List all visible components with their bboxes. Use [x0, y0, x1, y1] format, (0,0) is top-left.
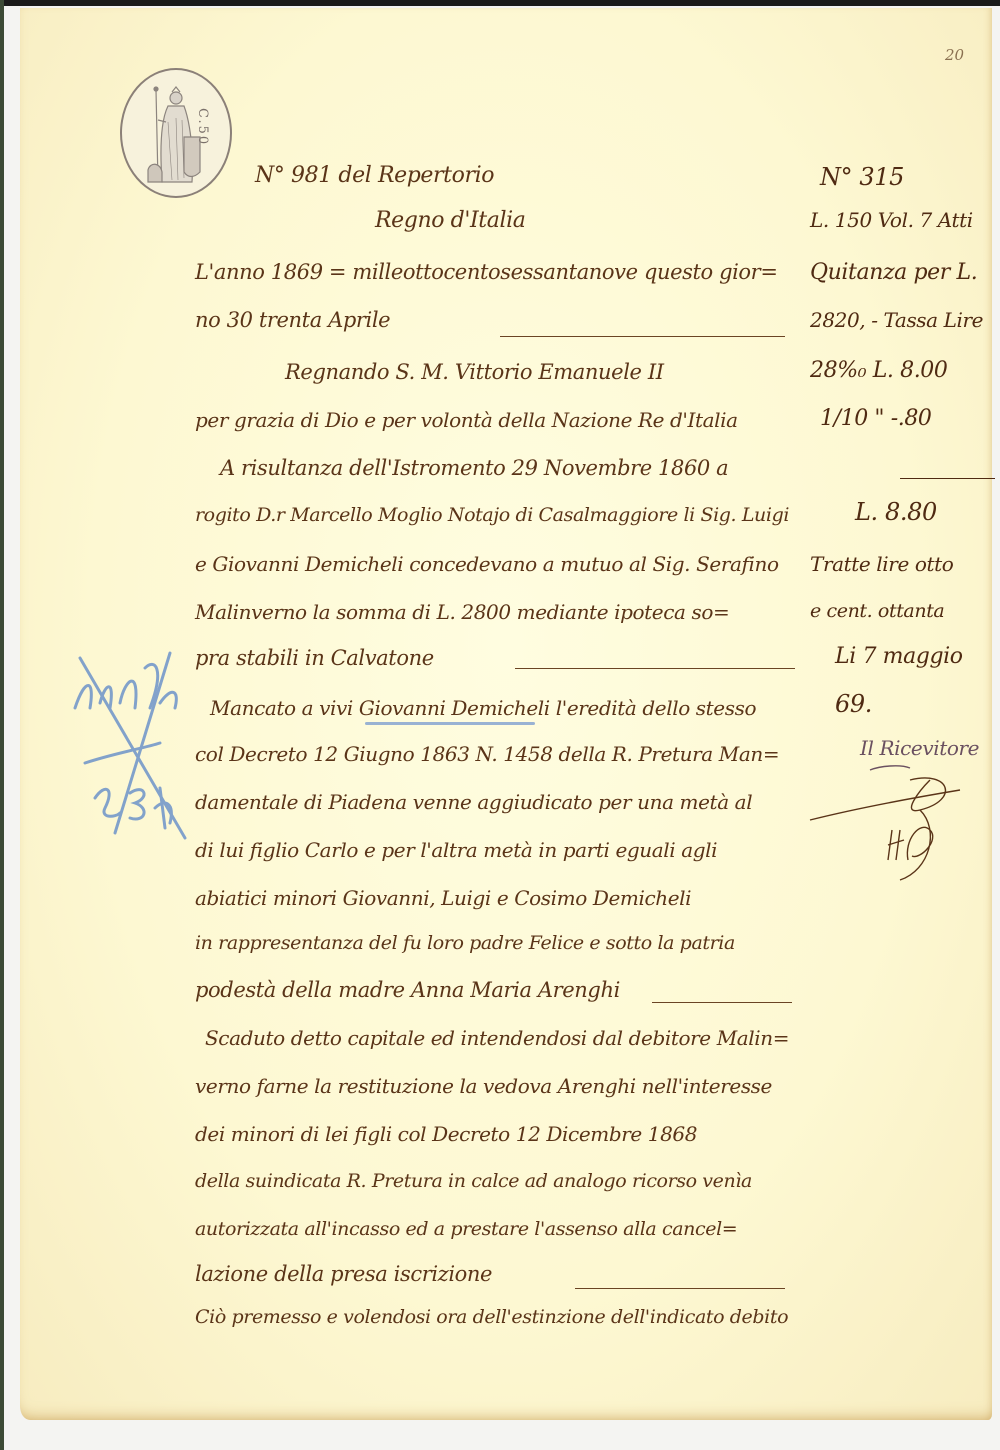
line-filler — [500, 336, 785, 337]
line-filler — [515, 668, 795, 669]
scan-border-top — [0, 0, 1000, 6]
margin-year: 69. — [835, 690, 872, 718]
text-line: Ciò premesso e volendosi ora dell'estinz… — [195, 1306, 788, 1328]
receiver-label: Il Ricevitore — [860, 736, 979, 760]
scan-border-left — [0, 0, 4, 1450]
page-number: 20 — [945, 46, 964, 64]
sum-rule — [900, 478, 995, 479]
text-line: damentale di Piadena venne aggiudicato p… — [195, 790, 752, 814]
margin-note: 28%₀ L. 8.00 — [810, 358, 948, 383]
text-line: e Giovanni Demicheli concedevano a mutuo… — [195, 552, 779, 576]
text-line: Scaduto detto capitale ed intendendosi d… — [205, 1026, 789, 1050]
text-line: A risultanza dell'Istromento 29 Novembre… — [220, 456, 728, 480]
margin-note: e cent. ottanta — [810, 600, 944, 622]
margin-note: L. 150 Vol. 7 Atti — [810, 208, 973, 232]
line-filler — [575, 1288, 785, 1289]
text-line: Mancato a vivi Giovanni Demicheli l'ered… — [210, 696, 756, 720]
text-line: della suindicata R. Pretura in calce ad … — [195, 1170, 752, 1192]
text-line: col Decreto 12 Giugno 1863 N. 1458 della… — [195, 742, 779, 766]
text-line: lazione della presa iscrizione — [195, 1262, 492, 1286]
document-page: 20 C.50 N° 981 del Repertorio Regno d'It… — [20, 8, 992, 1420]
kingdom-heading: Regno d'Italia — [375, 208, 525, 233]
blue-underline — [365, 722, 535, 725]
text-line: per grazia di Dio e per volontà della Na… — [195, 408, 738, 432]
margin-note: Tratte lire otto — [810, 552, 953, 576]
margin-note: Quitanza per L. — [810, 260, 977, 285]
text-line: Regnando S. M. Vittorio Emanuele II — [285, 360, 664, 384]
text-line: dei minori di lei figli col Decreto 12 D… — [195, 1122, 697, 1146]
text-line: abiatici minori Giovanni, Luigi e Cosimo… — [195, 886, 691, 910]
text-line: verno farne la restituzione la vedova Ar… — [195, 1074, 772, 1098]
margin-note: 2820, - Tassa Lire — [810, 308, 983, 332]
receiver-signature — [800, 760, 980, 890]
text-line: L'anno 1869 = milleottocentosessantanove… — [195, 260, 778, 284]
margin-note: 1/10 " -.80 — [820, 406, 932, 431]
text-line: in rappresentanza del fu loro padre Feli… — [195, 932, 735, 954]
margin-date: Li 7 maggio — [835, 644, 963, 669]
text-line: autorizzata all'incasso ed a prestare l'… — [195, 1218, 737, 1240]
text-line: no 30 trenta Aprile — [195, 308, 390, 332]
text-line: podestà della madre Anna Maria Arenghi — [195, 978, 620, 1002]
revenue-stamp: C.50 — [120, 68, 232, 198]
stamp-value: C.50 — [195, 108, 210, 146]
line-filler — [652, 1002, 792, 1003]
text-line: Malinverno la somma di L. 2800 mediante … — [195, 600, 729, 624]
text-line: rogito D.r Marcello Moglio Notajo di Cas… — [195, 504, 789, 526]
text-line: di lui figlio Carlo e per l'altra metà i… — [195, 838, 717, 862]
blue-pencil-annotation — [45, 648, 205, 848]
text-line: pra stabili in Calvatone — [195, 646, 434, 670]
repertorio-number: N° 981 del Repertorio — [255, 163, 494, 188]
margin-note-number: N° 315 — [820, 163, 904, 191]
margin-total: L. 8.80 — [855, 498, 937, 526]
